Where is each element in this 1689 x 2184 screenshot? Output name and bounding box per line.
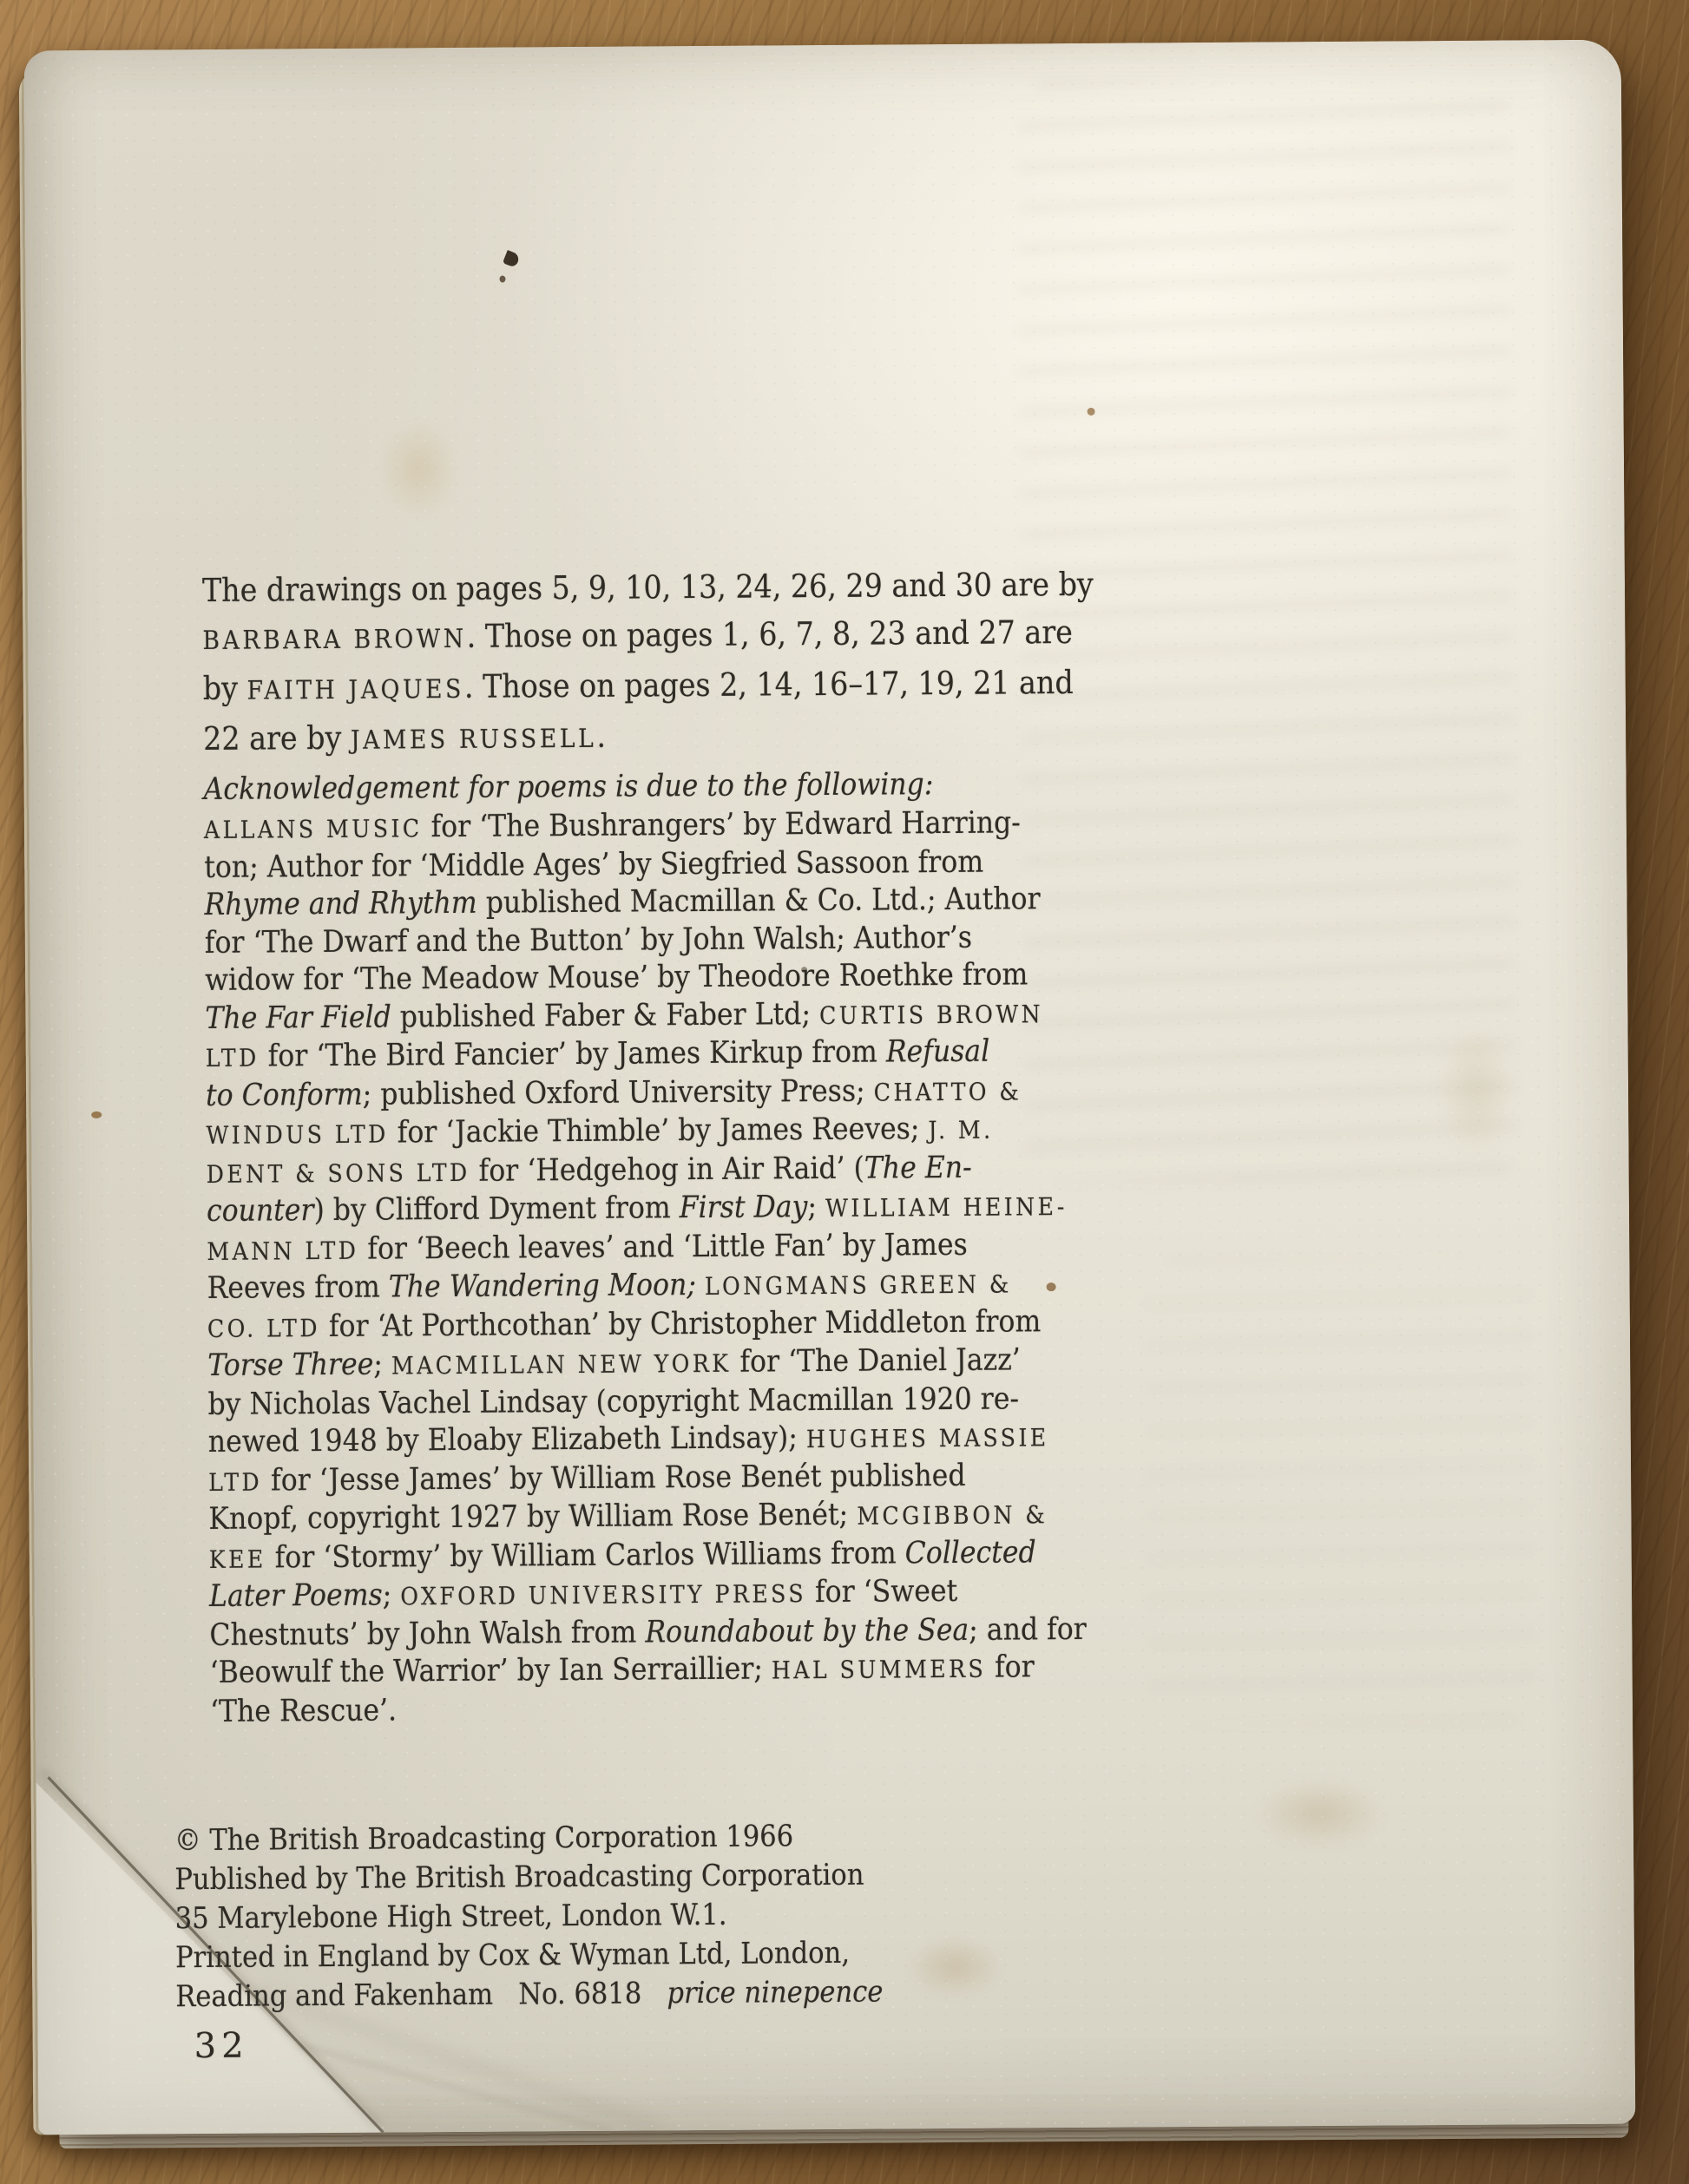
text-line: The drawings on pages 5, 9, 10, 13, 24, … [202,561,1094,614]
text-line: ALLANS MUSIC for ‘The Bushrangers’ by Ed… [204,804,1081,849]
text-line: counter) by Clifford Dyment from First D… [207,1187,1084,1232]
text-line: LTD for ‘Jesse James’ by William Rose Be… [208,1456,1086,1501]
acknowledgement-heading: Acknowledgement for poems is due to the … [203,765,933,809]
text-line: by FAITH JAQUES. Those on pages 2, 14, 1… [203,659,1094,715]
text-line: Reeves from The Wandering Moon; LONGMANS… [207,1264,1084,1309]
text-line: CO. LTD for ‘At Porthcothan’ by Christop… [207,1302,1085,1348]
text-line: 35 Marylebone High Street, London W.1. [175,1895,883,1939]
text-line: widow for ‘The Meadow Mouse’ by Theodore… [205,956,1082,1000]
text-line: KEE for ‘Stormy’ by William Carlos Willi… [209,1533,1087,1578]
text-line: Published by The British Broadcasting Co… [174,1856,882,1900]
text-line: WINDUS LTD for ‘Jackie Thimble’ by James… [206,1110,1083,1155]
book: The drawings on pages 5, 9, 10, 13, 24, … [0,0,1689,2184]
book-page: The drawings on pages 5, 9, 10, 13, 24, … [24,40,1636,2135]
text-line: ‘The Rescue’. [210,1687,1088,1731]
text-line: Torse Three; MACMILLAN NEW YORK for ‘The… [207,1341,1085,1387]
text-line: to Conform; published Oxford University … [206,1071,1083,1116]
imprint-colophon: © The British Broadcasting Corporation 1… [174,1817,884,2017]
page-number: 32 [194,2026,249,2066]
text-line: Rhyme and Rhythm published Macmillan & C… [204,881,1081,925]
text-line: Knopf, copyright 1927 by William Rose Be… [208,1495,1086,1540]
text-line: LTD for ‘The Bird Fancier’ by James Kirk… [206,1033,1083,1078]
text-line: Chestnuts’ by John Walsh from Roundabout… [209,1610,1087,1655]
text-line: by Nicholas Vachel Lindsay (copyright Ma… [207,1380,1085,1424]
text-line: Reading and Fakenham No. 6818 price nine… [175,1973,883,2017]
text-line: ‘Beowulf the Warrior’ by Ian Serraillier… [210,1649,1088,1694]
text-line: newed 1948 by Eloaby Elizabeth Lindsay);… [208,1418,1086,1463]
text-line: MANN LTD for ‘Beech leaves’ and ‘Little … [207,1225,1084,1270]
text-line: Later Poems; OXFORD UNIVERSITY PRESS for… [209,1572,1087,1617]
text-line: BARBARA BROWN. Those on pages 1, 6, 7, 8… [202,608,1094,665]
text-line: DENT & SONS LTD for ‘Hedgehog in Air Rai… [207,1148,1084,1193]
text-line: Printed in England by Cox & Wyman Ltd, L… [175,1934,883,1978]
text-line: © The British Broadcasting Corporation 1… [174,1817,882,1861]
text-line: 22 are by JAMES RUSSELL. [203,709,1094,765]
text-line: The Far Field published Faber & Faber Lt… [205,994,1082,1039]
acknowledgement-paragraph: ALLANS MUSIC for ‘The Bushrangers’ by Ed… [204,804,1088,1731]
text-line: ton; Author for ‘Middle Ages’ by Siegfri… [204,843,1081,887]
text-line: for ‘The Dwarf and the Button’ by John W… [205,918,1082,962]
drawings-credit-paragraph: The drawings on pages 5, 9, 10, 13, 24, … [202,561,1094,765]
